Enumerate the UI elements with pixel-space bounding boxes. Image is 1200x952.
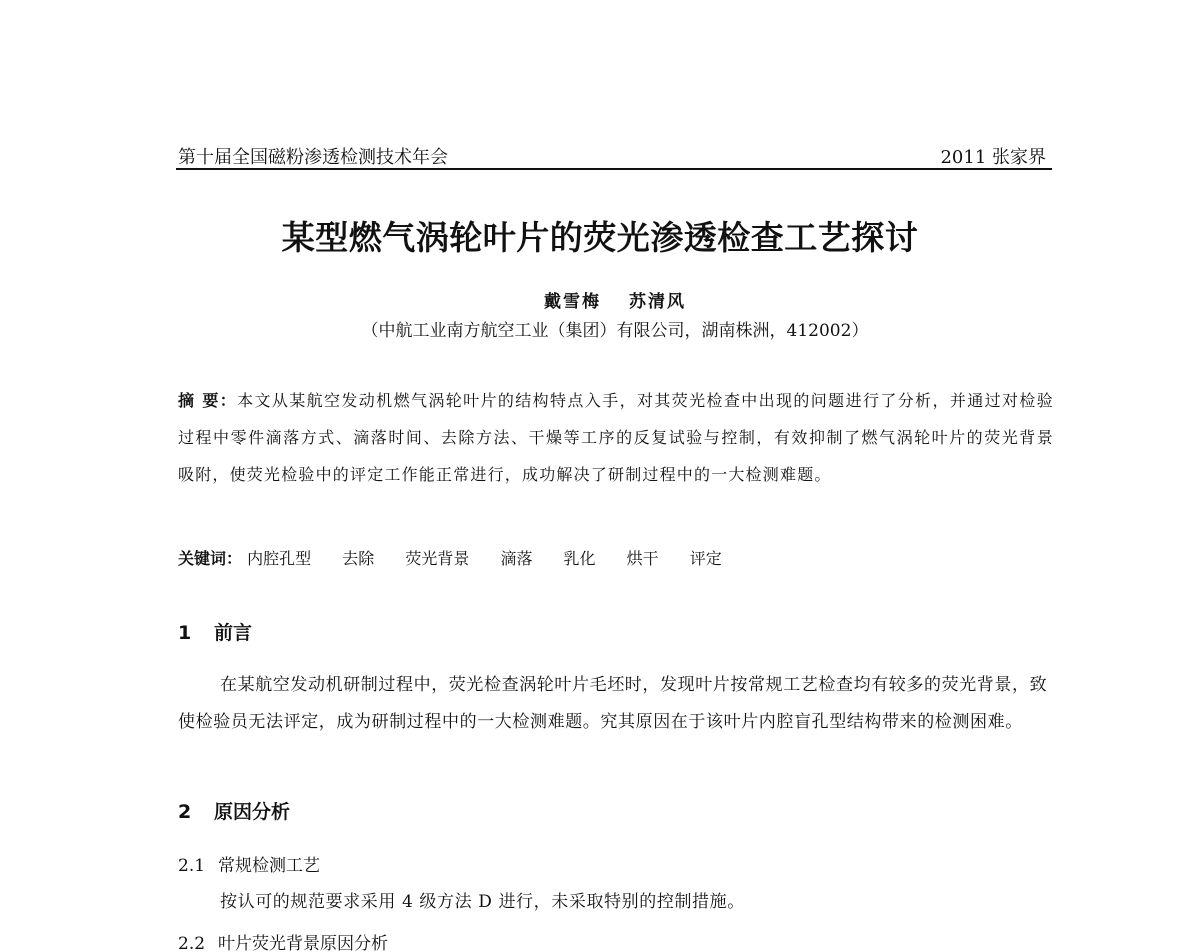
subsection-title: 常规检测工艺 bbox=[218, 856, 320, 876]
section-heading-cause-analysis: 2原因分析 bbox=[178, 797, 290, 824]
section-heading-introduction: 1前言 bbox=[178, 618, 252, 645]
keyword: 评定 bbox=[690, 549, 722, 568]
abstract-label: 摘 要： bbox=[178, 391, 237, 410]
section-title: 原因分析 bbox=[214, 801, 290, 823]
subsection-title: 叶片荧光背景原因分析 bbox=[218, 934, 388, 952]
conference-name: 第十届全国磁粉渗透检测技术年会 bbox=[178, 143, 448, 169]
paper-title: 某型燃气涡轮叶片的荧光渗透检查工艺探讨 bbox=[0, 212, 1200, 259]
author-name: 苏清风 bbox=[629, 292, 686, 312]
introduction-paragraph: 在某航空发动机研制过程中，荧光检查涡轮叶片毛坯时，发现叶片按常规工艺检查均有较多… bbox=[178, 667, 1054, 741]
keyword: 内腔孔型 bbox=[247, 549, 311, 568]
subsection-heading-background-cause: 2.2叶片荧光背景原因分析 bbox=[178, 929, 388, 952]
keywords-label: 关键词： bbox=[178, 549, 242, 568]
keyword: 去除 bbox=[342, 549, 374, 568]
abstract-text: 本文从某航空发动机燃气涡轮叶片的结构特点入手，对其荧光检查中出现的问题进行了分析… bbox=[178, 391, 1054, 484]
section-title: 前言 bbox=[214, 622, 252, 644]
running-header: 第十届全国磁粉渗透检测技术年会 2011 张家界 bbox=[178, 143, 1050, 169]
subsection-heading-conventional-process: 2.1常规检测工艺 bbox=[178, 851, 320, 876]
conference-year-location: 2011 张家界 bbox=[940, 143, 1046, 169]
section-number: 2 bbox=[178, 801, 214, 823]
subsection-number: 2.1 bbox=[178, 856, 218, 876]
keywords: 关键词： 内腔孔型 去除 荧光背景 滴落 乳化 烘干 评定 bbox=[178, 546, 1054, 569]
keyword: 乳化 bbox=[564, 549, 596, 568]
affiliation: （中航工业南方航空工业（集团）有限公司，湖南株洲，412002） bbox=[0, 316, 1200, 341]
paper-page: 第十届全国磁粉渗透检测技术年会 2011 张家界 某型燃气涡轮叶片的荧光渗透检查… bbox=[0, 0, 1200, 952]
keyword: 滴落 bbox=[500, 549, 532, 568]
author-name: 戴雪梅 bbox=[544, 292, 601, 312]
keyword: 烘干 bbox=[627, 549, 659, 568]
section-number: 1 bbox=[178, 622, 214, 644]
conventional-process-paragraph: 按认可的规范要求采用 4 级方法 D 进行，未采取特别的控制措施。 bbox=[220, 884, 1096, 921]
header-divider bbox=[176, 168, 1052, 170]
keyword: 荧光背景 bbox=[405, 549, 469, 568]
subsection-number: 2.2 bbox=[178, 934, 218, 952]
abstract: 摘 要：本文从某航空发动机燃气涡轮叶片的结构特点入手，对其荧光检查中出现的问题进… bbox=[178, 382, 1054, 493]
authors: 戴雪梅苏清风 bbox=[0, 287, 1200, 312]
